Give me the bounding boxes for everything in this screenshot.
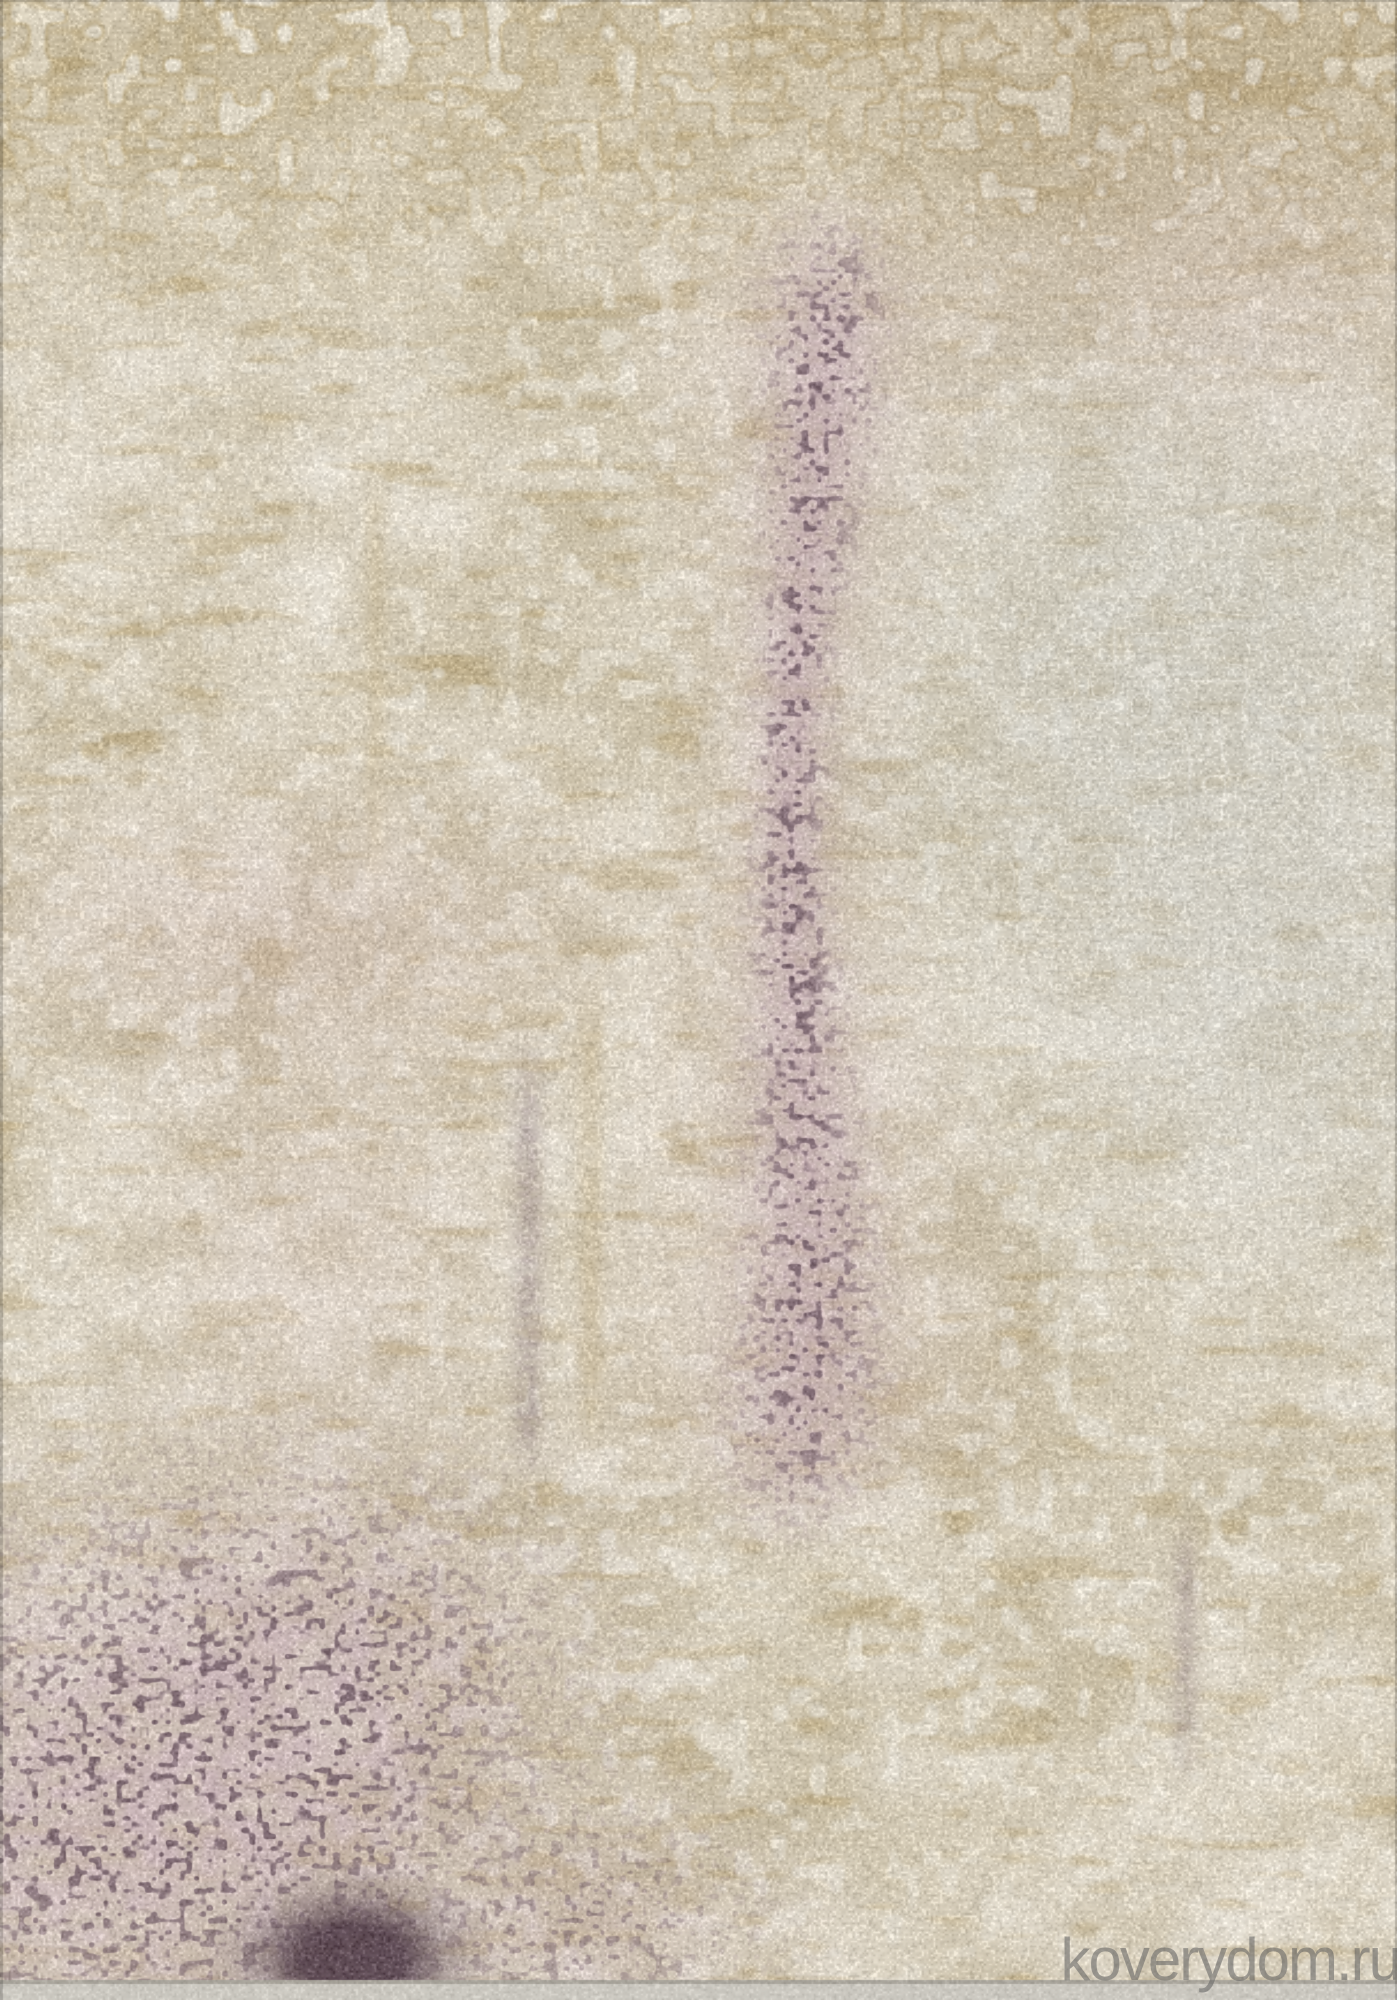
rug-photo: koverydom.ru	[0, 0, 1397, 2000]
rug-texture-canvas	[0, 0, 1397, 2000]
